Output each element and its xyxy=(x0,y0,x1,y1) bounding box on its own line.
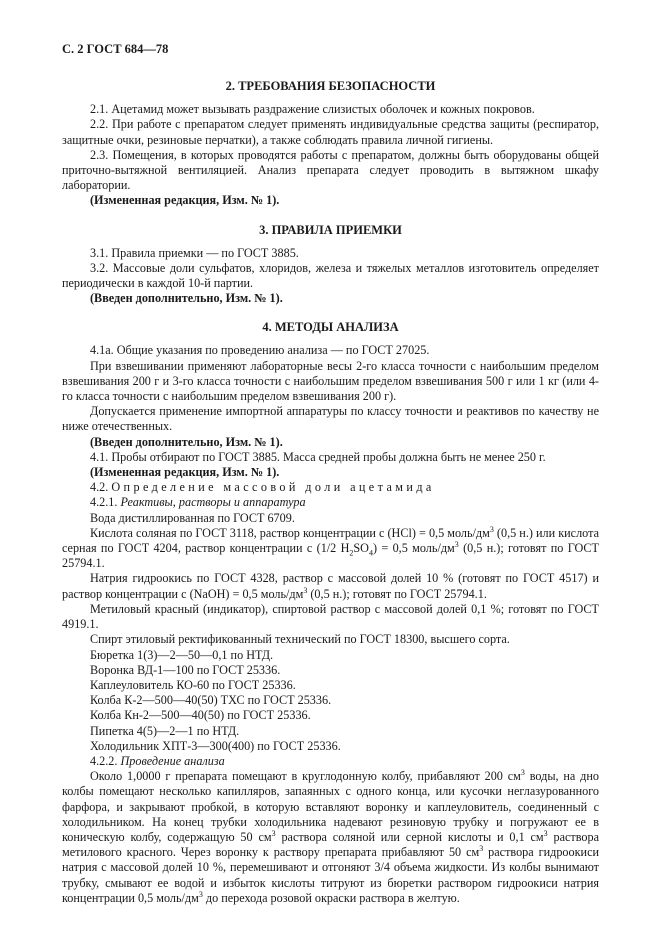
apparatus-funnel: Воронка ВД-1—100 по ГОСТ 25336. xyxy=(62,663,599,678)
subsection-title: Проведение анализа xyxy=(120,754,224,768)
para-4-1a: 4.1а. Общие указания по проведению анали… xyxy=(62,343,599,358)
para-4-2: 4.2. Определение массовой доли ацетамида xyxy=(62,480,599,495)
para-3-2: 3.2. Массовые доли сульфатов, хлоридов, … xyxy=(62,261,599,291)
section-3-title: 3. ПРАВИЛА ПРИЕМКИ xyxy=(62,223,599,238)
document-page: С. 2 ГОСТ 684—78 2. ТРЕБОВАНИЯ БЕЗОПАСНО… xyxy=(62,42,599,906)
apparatus-flask-kn: Колба Кн-2—500—40(50) по ГОСТ 25336. xyxy=(62,708,599,723)
reagent-methyl-red: Метиловый красный (индикатор), спиртовой… xyxy=(62,602,599,632)
apparatus-flask-k: Колба К-2—500—40(50) ТХС по ГОСТ 25336. xyxy=(62,693,599,708)
para-weighing: При взвешивании применяют лабораторные в… xyxy=(62,359,599,405)
apparatus-cooler: Холодильник ХПТ-3—300(400) по ГОСТ 25336… xyxy=(62,739,599,754)
amendment-note: (Измененная редакция, Изм. № 1). xyxy=(62,193,599,208)
para-import: Допускается применение импортной аппарат… xyxy=(62,404,599,434)
reagent-water: Вода дистиллированная по ГОСТ 6709. xyxy=(62,511,599,526)
subsection-title: Реактивы, растворы и аппаратура xyxy=(120,495,305,509)
para-2-3: 2.3. Помещения, в которых проводятся раб… xyxy=(62,148,599,194)
amendment-note: (Введен дополнительно, Изм. № 1). xyxy=(62,435,599,450)
para-2-2: 2.2. При работе с препаратом следует при… xyxy=(62,117,599,147)
section-2-title: 2. ТРЕБОВАНИЯ БЕЗОПАСНОСТИ xyxy=(62,79,599,94)
apparatus-drop-catcher: Каплеуловитель КО-60 по ГОСТ 25336. xyxy=(62,678,599,693)
amendment-note: (Введен дополнительно, Изм. № 1). xyxy=(62,291,599,306)
para-2-1: 2.1. Ацетамид может вызывать раздражение… xyxy=(62,102,599,117)
apparatus-burette: Бюретка 1(3)—2—50—0,1 по НТД. xyxy=(62,648,599,663)
subsection-title: Определение массовой доли ацетамида xyxy=(111,480,434,494)
para-4-2-1: 4.2.1. Реактивы, растворы и аппаратура xyxy=(62,495,599,510)
reagent-naoh: Натрия гидроокись по ГОСТ 4328, раствор … xyxy=(62,571,599,601)
reagent-ethanol: Спирт этиловый ректификованный техническ… xyxy=(62,632,599,647)
para-4-1: 4.1. Пробы отбирают по ГОСТ 3885. Масса … xyxy=(62,450,599,465)
para-3-1: 3.1. Правила приемки — по ГОСТ 3885. xyxy=(62,246,599,261)
running-head: С. 2 ГОСТ 684—78 xyxy=(62,42,599,57)
reagent-acid: Кислота соляная по ГОСТ 3118, раствор ко… xyxy=(62,526,599,572)
apparatus-pipette: Пипетка 4(5)—2—1 по НТД. xyxy=(62,724,599,739)
section-4-title: 4. МЕТОДЫ АНАЛИЗА xyxy=(62,320,599,335)
procedure-text: Около 1,0000 г препарата помещают в круг… xyxy=(62,769,599,906)
amendment-note: (Измененная редакция, Изм. № 1). xyxy=(62,465,599,480)
para-4-2-2: 4.2.2. Проведение анализа xyxy=(62,754,599,769)
